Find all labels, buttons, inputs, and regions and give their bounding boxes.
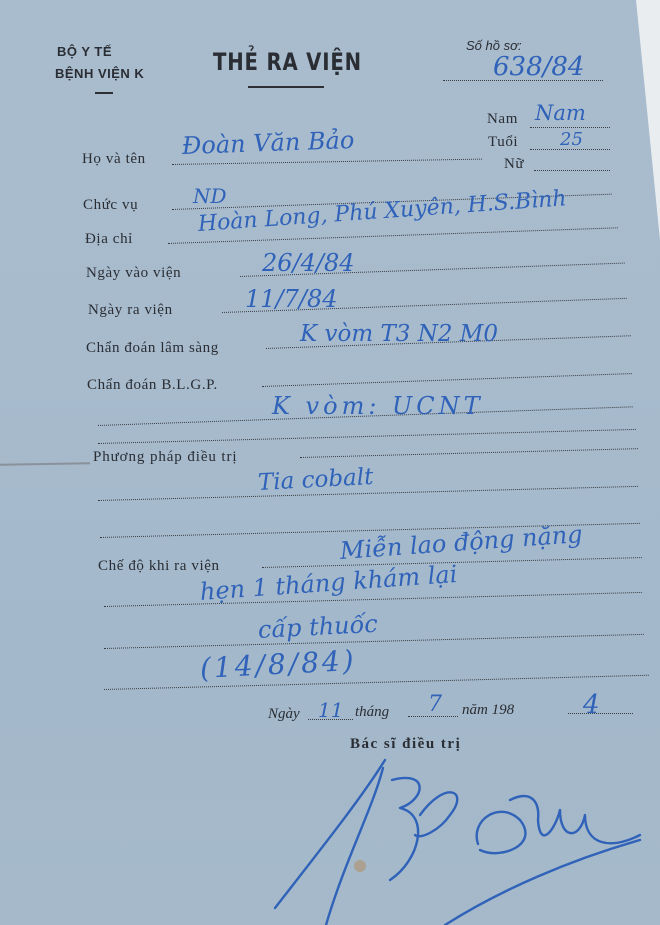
discharge-card-paper: BỘ Y TẾ BỆNH VIỆN K THẺ RA VIỆN Số hồ sơ… <box>0 0 660 925</box>
doctor-signature-icon <box>0 0 660 925</box>
